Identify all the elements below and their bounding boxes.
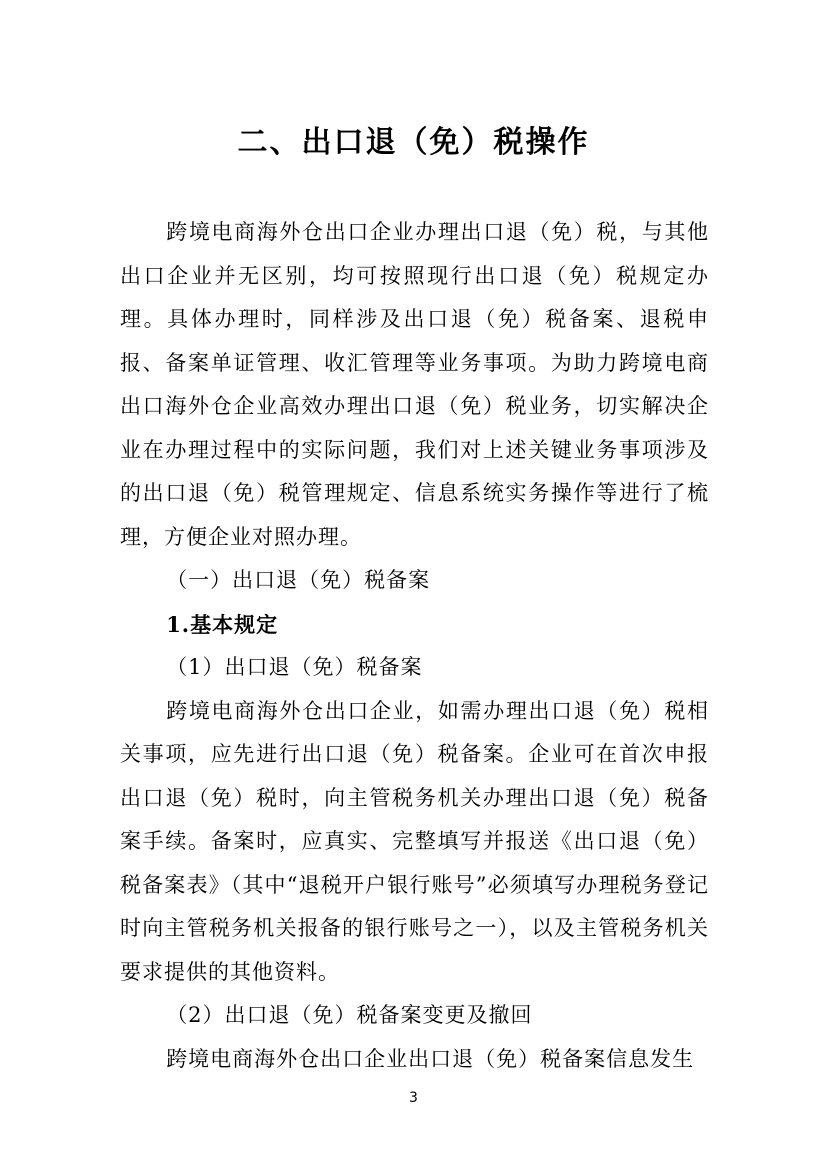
document-title: 二、出口退（免）税操作 xyxy=(0,0,827,165)
item-heading-2-change-withdrawal: （2）出口退（免）税备案变更及撤回 xyxy=(120,994,709,1038)
paragraph-change-intro: 跨境电商海外仓出口企业出口退（免）税备案信息发生 xyxy=(120,1038,709,1082)
document-body: 跨境电商海外仓出口企业办理出口退（免）税，与其他出口企业并无区别，均可按照现行出… xyxy=(120,211,709,1081)
paragraph-filing-procedure: 跨境电商海外仓出口企业，如需办理出口退（免）税相关事项，应先进行出口退（免）税备… xyxy=(120,690,709,995)
document-page: 二、出口退（免）税操作 跨境电商海外仓出口企业办理出口退（免）税，与其他出口企业… xyxy=(0,0,827,1170)
page-number: 3 xyxy=(0,1090,827,1106)
subsection-heading-basic-rules: 1.基本规定 xyxy=(120,603,709,647)
section-heading-filing: （一）出口退（免）税备案 xyxy=(120,559,709,603)
paragraph-intro: 跨境电商海外仓出口企业办理出口退（免）税，与其他出口企业并无区别，均可按照现行出… xyxy=(120,211,709,559)
item-heading-1-filing: （1）出口退（免）税备案 xyxy=(120,646,709,690)
